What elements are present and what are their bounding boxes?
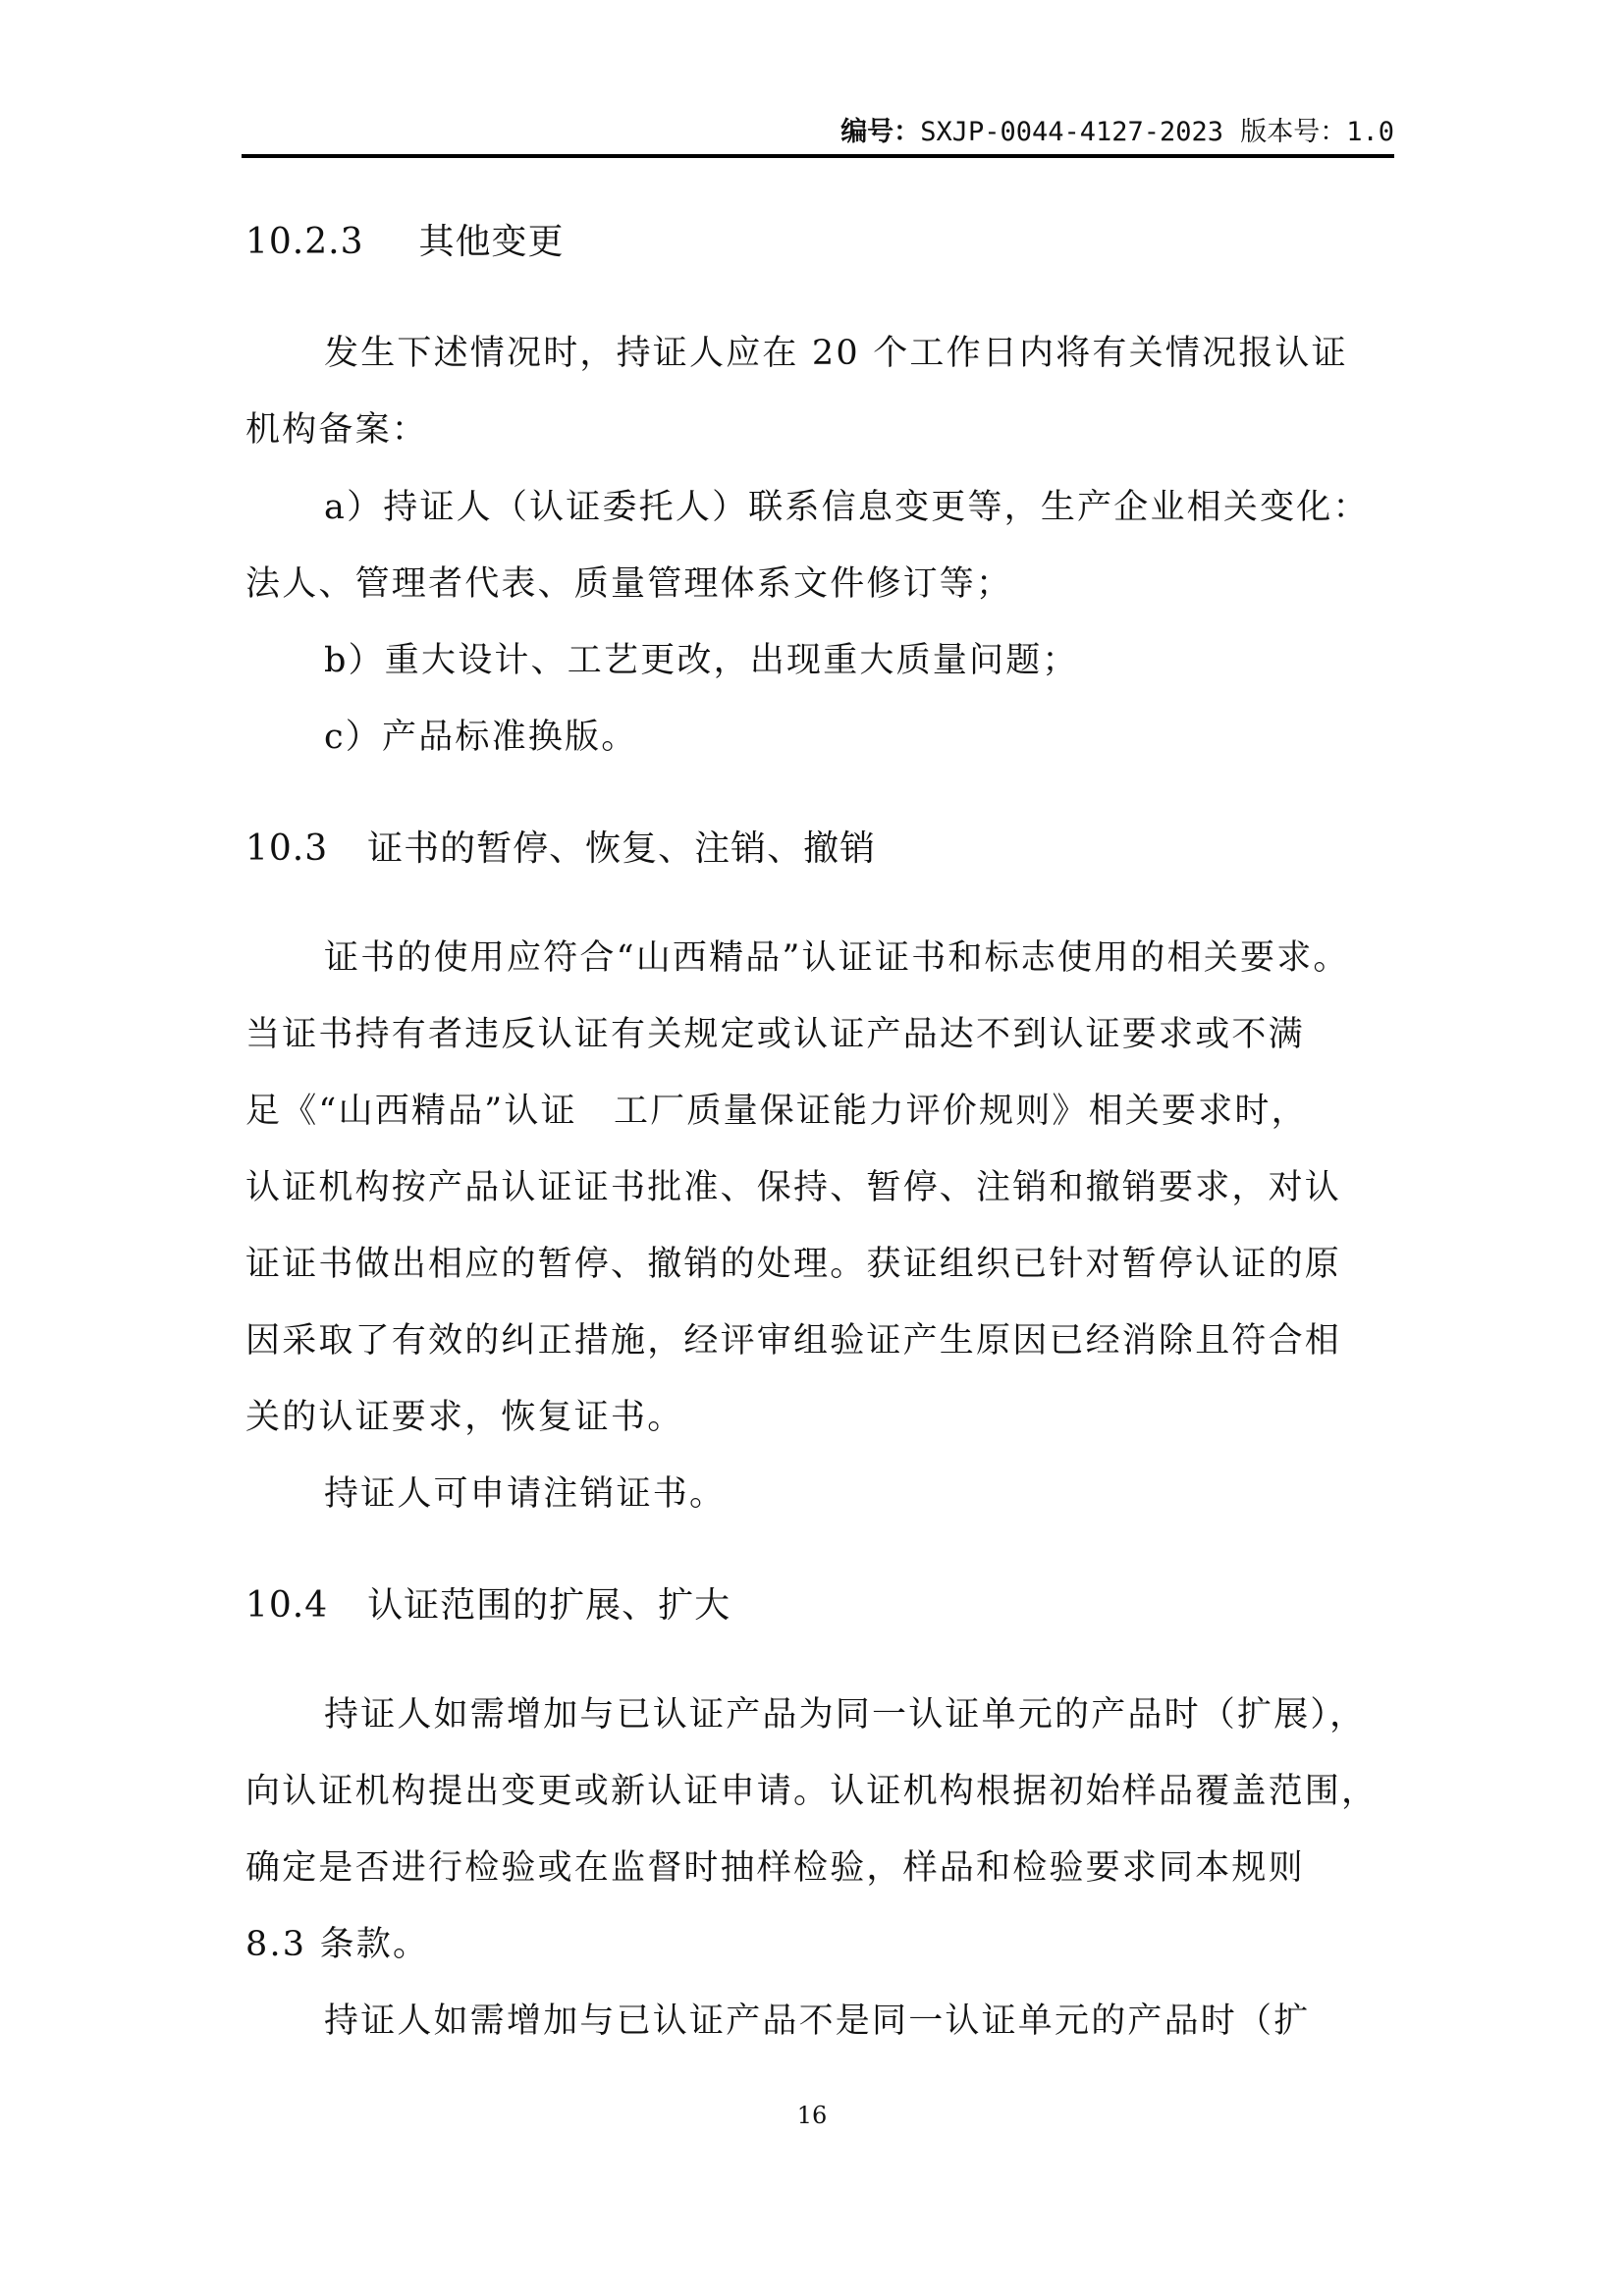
section-number: 10.4: [245, 1585, 328, 1626]
version-label: 版本号：: [1240, 117, 1346, 147]
section-title: 其他变更: [419, 222, 565, 262]
paragraph-line: 当证书持有者违反认证有关规定或认证产品达不到认证要求或不满: [245, 1013, 1384, 1056]
paragraph-line: 关的认证要求，恢复证书。: [245, 1396, 1384, 1439]
paragraph-line: 持证人如需增加与已认证产品为同一认证单元的产品时（扩展），: [324, 1693, 1384, 1736]
section-heading-10-2-3: 10.2.3其他变更: [245, 221, 1384, 264]
paragraph-line: 机构备案：: [245, 408, 1384, 452]
version-number: 1.0: [1346, 117, 1394, 147]
paragraph-line: 8.3 条款。: [245, 1923, 1384, 1966]
section-title: 证书的暂停、恢复、注销、撤销: [367, 828, 876, 869]
code-label: 编号：: [840, 117, 920, 147]
list-item-b: b）重大设计、工艺更改，出现重大质量问题；: [324, 639, 1384, 682]
page-number: 16: [0, 2101, 1624, 2130]
section-heading-10-4: 10.4认证范围的扩展、扩大: [245, 1584, 1384, 1628]
paragraph-line: 证书的使用应符合“山西精品”认证证书和标志使用的相关要求。: [324, 936, 1384, 980]
section-number: 10.2.3: [245, 222, 364, 262]
section-heading-10-3: 10.3证书的暂停、恢复、注销、撤销: [245, 828, 1384, 871]
section-title: 认证范围的扩展、扩大: [367, 1585, 731, 1626]
list-item-a-cont: 法人、管理者代表、质量管理体系文件修订等；: [245, 562, 1384, 606]
document-code: SXJP-0044-4127-2023: [920, 117, 1223, 147]
document-header: 编号：SXJP-0044-4127-2023 版本号：1.0: [242, 116, 1394, 149]
paragraph-line: 证证书做出相应的暂停、撤销的处理。获证组织已针对暂停认证的原: [245, 1243, 1384, 1286]
list-item-c: c）产品标准换版。: [324, 716, 1384, 759]
paragraph-line: 因采取了有效的纠正措施，经评审组验证产生原因已经消除且符合相: [245, 1319, 1384, 1362]
list-item-a: a）持证人（认证委托人）联系信息变更等，生产企业相关变化：: [324, 486, 1384, 529]
paragraph-line: 确定是否进行检验或在监督时抽样检验，样品和检验要求同本规则: [245, 1846, 1384, 1890]
paragraph-line: 认证机构按产品认证证书批准、保持、暂停、注销和撤销要求，对认: [245, 1166, 1384, 1209]
paragraph-line: 持证人如需增加与已认证产品不是同一认证单元的产品时（扩: [324, 2000, 1384, 2043]
paragraph-line: 持证人可申请注销证书。: [324, 1472, 1384, 1516]
paragraph-line: 发生下述情况时，持证人应在 20 个工作日内将有关情况报认证: [324, 332, 1384, 375]
paragraph-line: 向认证机构提出变更或新认证申请。认证机构根据初始样品覆盖范围，: [245, 1770, 1384, 1813]
header-rule: [242, 154, 1394, 158]
section-number: 10.3: [245, 828, 328, 869]
paragraph-line: 足《“山西精品”认证 工厂质量保证能力评价规则》相关要求时，: [245, 1090, 1384, 1133]
